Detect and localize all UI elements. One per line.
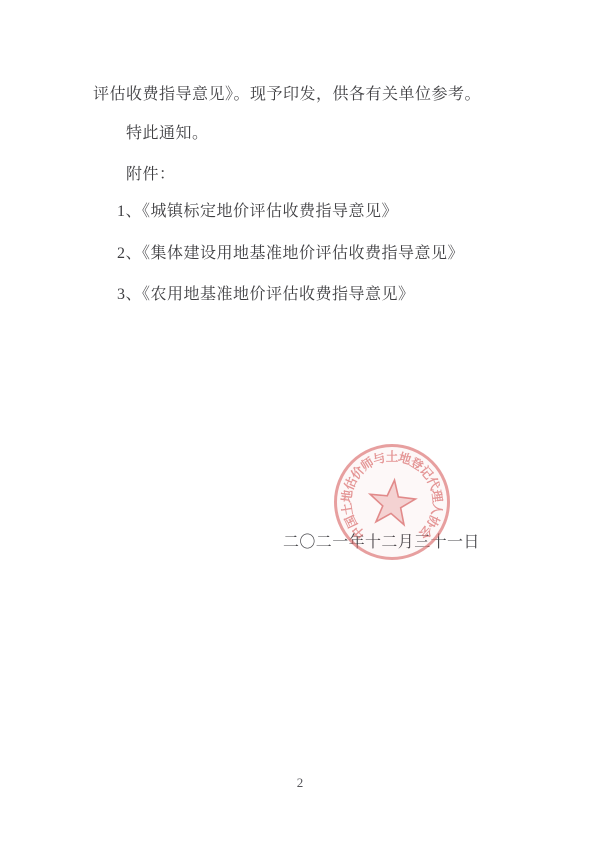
- seal-char: 地: [337, 487, 355, 505]
- seal-char: 地: [395, 448, 415, 468]
- seal-char: 人: [428, 500, 446, 518]
- body-paragraph: 评估收费指导意见》。现予印发，供各有关单位参考。: [93, 86, 481, 104]
- seal-star-icon: [367, 478, 417, 526]
- attachment-item: 1、《城镇标定地价评估收费指导意见》: [117, 203, 398, 221]
- attachment-item: 3、《农用地基准地价评估收费指导意见》: [117, 286, 415, 304]
- seal-char: 登: [406, 452, 428, 474]
- seal-char: 价: [346, 461, 369, 484]
- seal-char: 理: [429, 487, 447, 505]
- seal-char: 记: [416, 461, 439, 484]
- seal-char: 与: [369, 448, 389, 468]
- notice-line: 特此通知。: [126, 125, 209, 143]
- signature-date: 二〇二一年十二月三十一日: [283, 529, 480, 552]
- document-page: 评估收费指导意见》。现予印发，供各有关单位参考。 特此通知。 附件： 1、《城镇…: [0, 0, 600, 848]
- attachment-item: 2、《集体建设用地基准地价评估收费指导意见》: [117, 245, 464, 263]
- seal-char: 师: [356, 452, 378, 474]
- attachment-label: 附件：: [126, 166, 176, 184]
- seal-char: 估: [339, 473, 360, 494]
- seal-char: 土: [337, 500, 355, 518]
- seal-char: 代: [423, 473, 444, 494]
- seal-char: 土: [384, 448, 400, 464]
- page-number: 2: [0, 775, 600, 791]
